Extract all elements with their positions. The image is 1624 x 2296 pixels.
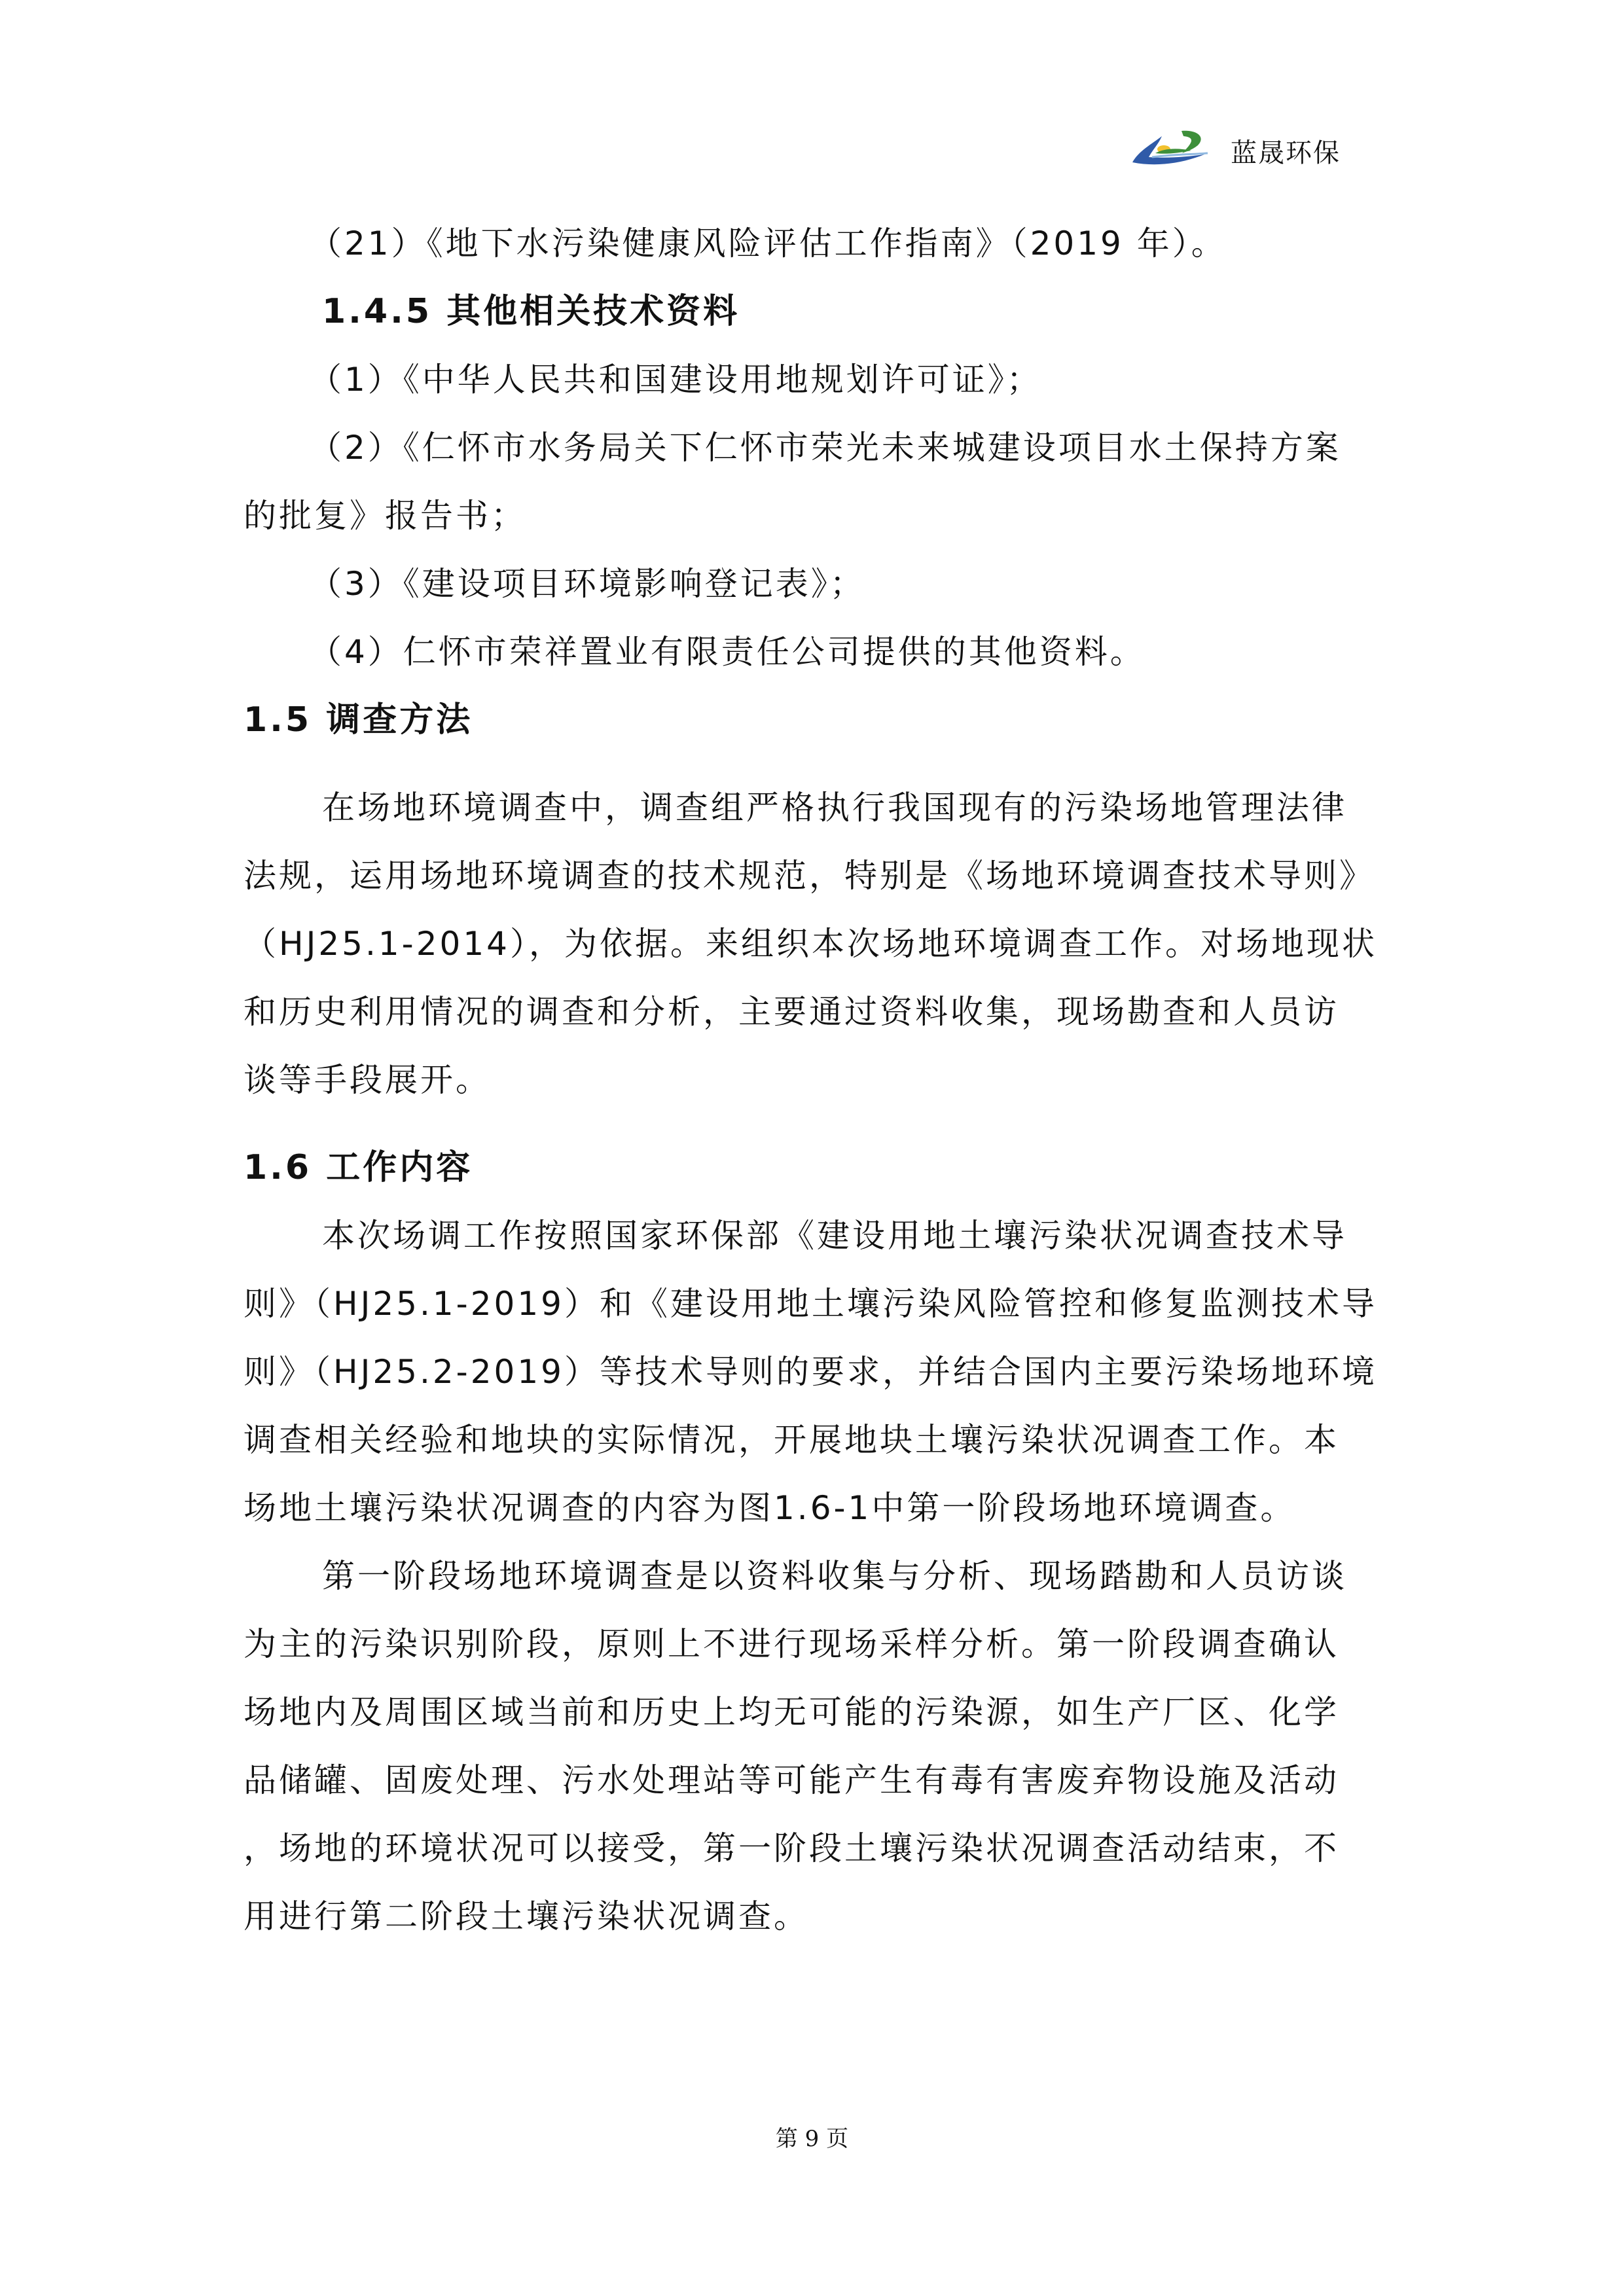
paragraph-line: 第一阶段场地环境调查是以资料收集与分析、现场踏勘和人员访谈 bbox=[244, 1542, 1403, 1610]
company-logo-icon bbox=[1126, 124, 1211, 177]
paragraph-line: ，场地的环境状况可以接受，第一阶段土壤污染状况调查活动结束，不 bbox=[244, 1814, 1403, 1882]
paragraph-line: 场地土壤污染状况调查的内容为图1.6-1中第一阶段场地环境调查。 bbox=[244, 1474, 1403, 1542]
paragraph-line: 为主的污染识别阶段，原则上不进行现场采样分析。第一阶段调查确认 bbox=[244, 1610, 1403, 1678]
brand-name: 蓝晟环保 bbox=[1231, 132, 1341, 170]
paragraph-line: 法规，运用场地环境调查的技术规范，特别是《场地环境调查技术导则》 bbox=[244, 842, 1403, 910]
paragraph-line: 本次场调工作按照国家环保部《建设用地土壤污染状况调查技术导 bbox=[244, 1202, 1403, 1270]
reference-item-4: （4）仁怀市荣祥置业有限责任公司提供的其他资料。 bbox=[244, 618, 1403, 686]
document-body: （21）《地下水污染健康风险评估工作指南》（2019 年）。 1.4.5 其他相… bbox=[244, 209, 1403, 1950]
paragraph-line: 调查相关经验和地块的实际情况，开展地块土壤污染状况调查工作。本 bbox=[244, 1406, 1403, 1474]
paragraph-line: 场地内及周围区域当前和历史上均无可能的污染源，如生产厂区、化学 bbox=[244, 1678, 1403, 1746]
section-heading-1-5: 1.5 调查方法 bbox=[244, 686, 1403, 754]
page-header: 蓝晟环保 bbox=[1126, 121, 1341, 180]
paragraph-line: 谈等手段展开。 bbox=[244, 1046, 1403, 1114]
paragraph-line: 品储罐、固废处理、污水处理站等可能产生有毒有害废弃物设施及活动 bbox=[244, 1746, 1403, 1814]
paragraph-line: 则》（HJ25.1-2019）和《建设用地土壤污染风险管控和修复监测技术导 bbox=[244, 1270, 1403, 1338]
paragraph-line: （HJ25.1-2014），为依据。来组织本次场地环境调查工作。对场地现状 bbox=[244, 910, 1403, 978]
reference-item-2-continued: 的批复》报告书； bbox=[244, 482, 1403, 550]
reference-item-1: （1）《中华人民共和国建设用地规划许可证》； bbox=[244, 346, 1403, 414]
paragraph-line: 则》（HJ25.2-2019）等技术导则的要求，并结合国内主要污染场地环境 bbox=[244, 1338, 1403, 1406]
paragraph-line: 在场地环境调查中，调查组严格执行我国现有的污染场地管理法律 bbox=[244, 774, 1403, 842]
section-heading-1-6: 1.6 工作内容 bbox=[244, 1134, 1403, 1202]
paragraph-line: 和历史利用情况的调查和分析，主要通过资料收集，现场勘查和人员访 bbox=[244, 978, 1403, 1046]
section-heading-1-4-5: 1.4.5 其他相关技术资料 bbox=[244, 278, 1403, 346]
page-number: 第 9 页 bbox=[0, 2121, 1624, 2153]
paragraph-line: 用进行第二阶段土壤污染状况调查。 bbox=[244, 1882, 1403, 1950]
reference-item-2: （2）《仁怀市水务局关下仁怀市荣光未来城建设项目水土保持方案 bbox=[244, 414, 1403, 482]
reference-item-3: （3）《建设项目环境影响登记表》； bbox=[244, 550, 1403, 618]
reference-item-21: （21）《地下水污染健康风险评估工作指南》（2019 年）。 bbox=[244, 209, 1403, 278]
